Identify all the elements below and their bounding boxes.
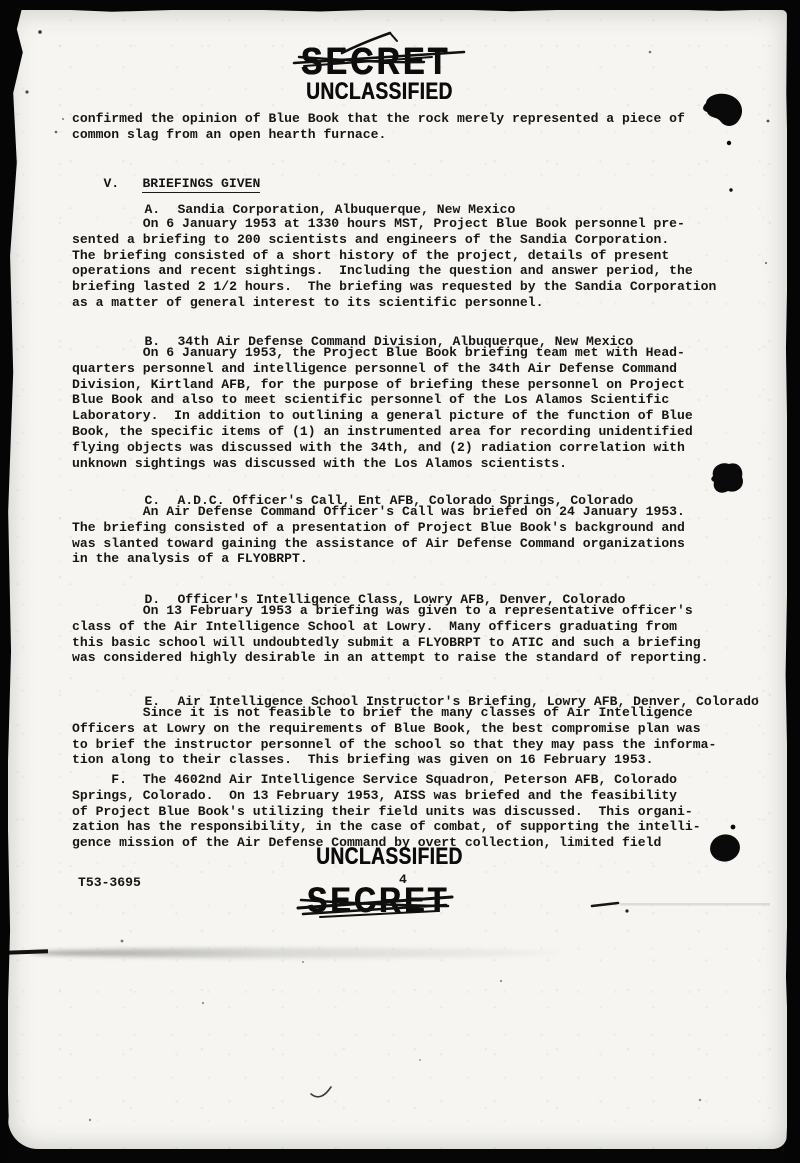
document-number: T53-3695 (78, 875, 141, 891)
unclassified-stamp-top: UNCLASSIFIED (306, 80, 489, 104)
unclassified-stamp-bottom: UNCLASSIFIED (316, 845, 499, 869)
unclassified-stamp-top-text: UNCLASSIFIED (306, 80, 453, 104)
paragraph-a: On 6 January 1953 at 1330 hours MST, Pro… (72, 216, 744, 311)
paragraph-e: Since it is not feasible to brief the ma… (72, 705, 744, 768)
secret-stamp-top: SECRET (301, 43, 479, 81)
subsection-title: Sandia Corporation, Albuquerque, New Mex… (177, 202, 515, 217)
paragraph-d: On 13 February 1953 a briefing was given… (72, 603, 744, 666)
unclassified-stamp-bottom-text: UNCLASSIFIED (316, 845, 463, 869)
paragraph-f: F. The 4602nd Air Intelligence Service S… (72, 772, 744, 851)
scan-smudge-streak (30, 948, 560, 958)
intro-paragraph: confirmed the opinion of Blue Book that … (72, 111, 744, 143)
paragraph-b: On 6 January 1953, the Project Blue Book… (72, 345, 744, 471)
secret-stamp-top-text: SECRET (301, 43, 451, 81)
scanned-document-page: SECRET UNCLASSIFIED confirmed the opinio… (0, 0, 800, 1163)
secret-stamp-bottom: SECRET (307, 883, 473, 918)
paragraph-c: An Air Defense Command Officer's Call wa… (72, 504, 744, 567)
secret-stamp-bottom-text: SECRET (307, 883, 450, 918)
